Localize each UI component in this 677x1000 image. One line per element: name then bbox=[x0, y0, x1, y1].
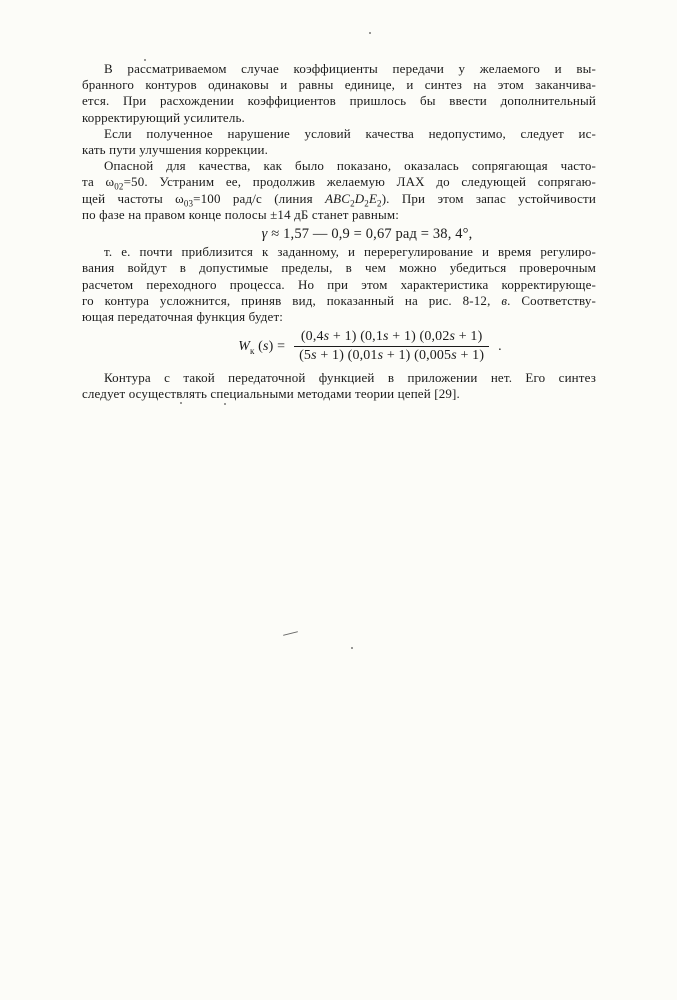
transfer-function-formula: Wк (s) =(0,4s + 1) (0,1s + 1) (0,02s + 1… bbox=[144, 329, 596, 364]
text-line: та ω02=50. Устраним ее, продолжив желаем… bbox=[82, 174, 596, 190]
scan-speck bbox=[224, 403, 226, 405]
paragraph-5: т. е. почти приблизится к заданному, и п… bbox=[82, 244, 596, 325]
text-line: корректирующий усилитель. bbox=[82, 110, 596, 126]
scan-speck bbox=[351, 647, 353, 649]
text-line: Опасной для качества, как было показано,… bbox=[82, 158, 596, 174]
text-line: ющая передаточная функция будет: bbox=[82, 309, 596, 325]
text-line: следует осуществлять специальными метода… bbox=[82, 386, 596, 402]
paragraph-3: Опасной для качества, как было показано,… bbox=[82, 158, 596, 223]
formula-fraction: (0,4s + 1) (0,1s + 1) (0,02s + 1)(5s + 1… bbox=[294, 329, 489, 364]
paragraph-2: Если полученное нарушение условий качест… bbox=[82, 126, 596, 158]
text-line: го контура усложнится, приняв вид, показ… bbox=[82, 293, 596, 309]
formula-lhs: Wк (s) = bbox=[238, 339, 285, 355]
page-text: В рассматриваемом случае коэффициенты пе… bbox=[82, 61, 596, 402]
scan-speck bbox=[144, 59, 146, 61]
text-line: ется. При расхождении коэффициентов приш… bbox=[82, 93, 596, 109]
scanned-page: В рассматриваемом случае коэффициенты пе… bbox=[0, 0, 677, 1000]
scan-scratch bbox=[283, 631, 298, 636]
paragraph-7: Контура с такой передаточной функцией в … bbox=[82, 370, 596, 402]
text-line: по фазе на правом конце полосы ±14 дБ ст… bbox=[82, 207, 596, 223]
paragraph-1: В рассматриваемом случае коэффициенты пе… bbox=[82, 61, 596, 126]
scan-speck bbox=[369, 32, 371, 34]
text-line: т. е. почти приблизится к заданному, и п… bbox=[82, 244, 596, 260]
text-line: щей частоты ω03=100 рад/с (линия ABC2D2E… bbox=[82, 191, 596, 207]
text-line: В рассматриваемом случае коэффициенты пе… bbox=[82, 61, 596, 77]
scan-speck bbox=[180, 402, 182, 404]
fraction-numerator: (0,4s + 1) (0,1s + 1) (0,02s + 1) bbox=[296, 329, 488, 346]
formula-period: . bbox=[498, 339, 502, 355]
text-line: вания войдут в допустимые пределы, в чем… bbox=[82, 260, 596, 276]
text-line: Если полученное нарушение условий качест… bbox=[82, 126, 596, 142]
text-line: расчетом переходного процесса. Но при эт… bbox=[82, 277, 596, 293]
fraction-denominator: (5s + 1) (0,01s + 1) (0,005s + 1) bbox=[294, 346, 489, 364]
phase-margin-formula: γ ≈ 1,57 — 0,9 = 0,67 рад = 38, 4°, bbox=[82, 226, 596, 242]
text-line: Контура с такой передаточной функцией в … bbox=[82, 370, 596, 386]
text-line: кать пути улучшения коррекции. bbox=[82, 142, 596, 158]
text-line: бранного контуров одинаковы и равны един… bbox=[82, 77, 596, 93]
